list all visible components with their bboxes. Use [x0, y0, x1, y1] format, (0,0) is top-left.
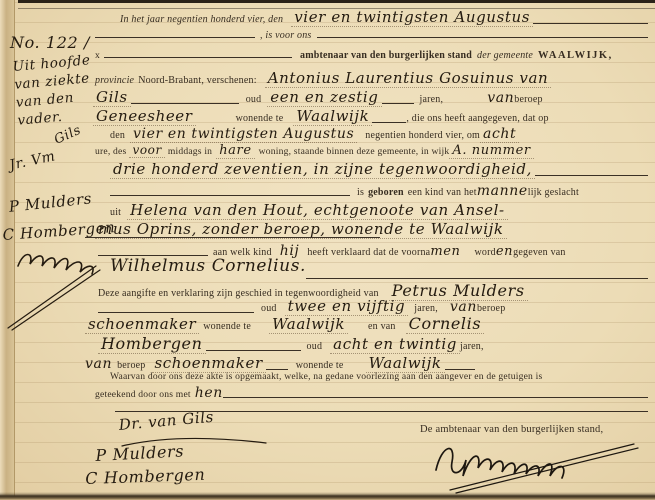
blank-rule: [95, 37, 255, 38]
printed-den: den: [110, 130, 125, 141]
printed-gender-suffix: lijk geslacht: [528, 187, 579, 198]
line-birth-place: ure, des voor middags in hare woning, st…: [95, 143, 648, 159]
line-witness2-age: Hombergen oud acht en twintig jaren,: [98, 334, 648, 354]
entry-am-pm: voor: [129, 143, 164, 158]
blank-rule: [131, 103, 239, 104]
printed-uit: uit: [110, 207, 121, 218]
margin-paraph-small: Jr. Vm: [8, 148, 57, 173]
margin-note-text-4: vader.: [17, 109, 63, 129]
printed-of-municipality: der gemeente: [477, 50, 533, 61]
record-number-text: No. 122 /: [10, 33, 90, 52]
line-child-name: Wilhelmus Cornelius.: [110, 256, 648, 282]
record-number: No. 122 /: [10, 33, 90, 52]
printed-wonende-te-2: wonende te: [203, 321, 251, 332]
blank-rule: [98, 312, 254, 313]
margin-paraph-gils: Gils: [52, 123, 83, 148]
printed-oud: oud: [246, 94, 262, 105]
blank-rule: [533, 23, 648, 24]
line-witness1-profession: schoenmaker wonende te Waalwijk en van C…: [85, 314, 648, 334]
blank-rule: [306, 278, 648, 279]
entry-witness2-firstname: Cornelis: [406, 314, 485, 334]
blank-rule: [372, 122, 406, 123]
entry-act-date: vier en twintigsten Augustus: [291, 8, 533, 27]
margin-paraph-gils-text: Gils: [52, 123, 83, 148]
entry-witness1-residence: Waalwijk: [269, 315, 348, 334]
printed-declared-that: , die ons heeft aangegeven, dat op: [406, 113, 548, 124]
printed-oud-3: oud: [307, 341, 323, 352]
signature-witness1-text: P Mulders: [95, 441, 185, 465]
printed-house-within: woning, staande binnen deze gemeente, in…: [259, 146, 450, 157]
printed-closing-statement: Waarvan door ons deze akte is opgemaakt,…: [110, 371, 542, 382]
entry-declarant-age: een en zestig: [267, 88, 381, 107]
margin-paraph-small-text: Jr. Vm: [8, 148, 57, 173]
entry-van-3: van: [85, 356, 112, 372]
entry-declarant-name: Antonius Laurentius Gosuinus van: [265, 69, 552, 88]
blank-rule: [223, 397, 648, 398]
entry-house-number-presence: drie honderd zeventien, in zijne tegenwo…: [110, 160, 535, 179]
printed-province-label: provincie: [95, 75, 134, 86]
entry-whose-house: hare: [216, 143, 254, 159]
line-birth-date: den vier en twintigsten Augustus negenti…: [110, 126, 648, 143]
entry-birth-hour: acht: [480, 126, 519, 143]
blank-rule: [104, 57, 292, 58]
printed-middags-in: middags in: [168, 146, 212, 157]
printed-oud-2: oud: [261, 303, 277, 314]
line-registrar: x ambtenaar van den burgerlijken stand d…: [95, 50, 648, 61]
printed-year-om: negentien honderd vier, om: [365, 130, 480, 141]
entry-van-2: van: [450, 299, 477, 315]
margin-signature-mulders: P Mulders: [8, 189, 93, 216]
line-born-gender: is geboren een kind van het manne lijk g…: [110, 183, 648, 199]
line-year: In het jaar negentien honderd vier, den …: [120, 8, 648, 27]
blank-rule: [317, 37, 649, 38]
entry-declarant-surname: Gils: [93, 88, 131, 107]
signature-witness1: P Mulders: [95, 441, 185, 465]
line-declarant-profession: Geneesheer wonende te Waalwijk , die ons…: [93, 107, 648, 126]
entry-witness2-age: acht en twintig: [330, 335, 460, 354]
printed-beroep-2: beroep: [477, 303, 505, 314]
printed-year-phrase: In het jaar negentien honderd vier, den: [120, 14, 283, 25]
footnote-mark: x: [95, 50, 100, 61]
municipality-name: WAALWIJK,: [538, 50, 613, 61]
blank-rule: [85, 237, 380, 238]
line-closing-1: Waarvan door ons deze akte is opgemaakt,…: [110, 371, 648, 382]
printed-child-of: een kind van het: [408, 187, 477, 198]
line-mother: uit Helena van den Hout, echtgenoote van…: [110, 201, 648, 220]
line-house-number: drie honderd zeventien, in zijne tegenwo…: [110, 160, 648, 179]
entry-declarant-residence: Waalwijk: [293, 107, 372, 126]
birth-record-page: No. 122 / Uit hoofde van ziekte van den …: [0, 0, 655, 500]
printed-jaren: jaren,: [420, 94, 444, 105]
printed-geboren: geboren: [368, 187, 404, 198]
signature-witness2-text: C Hombergen: [85, 465, 206, 488]
printed-jaren-3: jaren,: [460, 341, 484, 352]
blank-rule: [206, 350, 301, 351]
entry-mother-name: Helena van den Hout, echtgenoote van Ans…: [127, 201, 508, 220]
printed-signed-by-us: geteekend door ons met: [95, 389, 191, 400]
entry-birth-date: vier en twintigsten Augustus: [130, 126, 357, 143]
printed-en-van: en van: [368, 321, 396, 332]
entry-witness1-profession: schoenmaker: [85, 315, 199, 334]
printed-wonende-te-3: wonende te: [296, 360, 344, 371]
line-before-us: , is voor ons: [95, 30, 648, 41]
margin-signature-mulders-text: P Mulders: [8, 189, 93, 216]
line-closing-2: geteekend door ons met hen: [95, 385, 648, 401]
entry-witness2-surname: Hombergen: [98, 334, 206, 354]
signature-witness2: C Hombergen: [85, 465, 206, 488]
margin-note: Uit hoofde van ziekte van den vader.: [12, 51, 96, 130]
line-province-declarant: provincie Noord-Brabant, verschenen: Ant…: [95, 69, 648, 88]
entry-van: van: [487, 90, 514, 106]
printed-beroep-3: beroep: [117, 360, 145, 371]
blank-rule: [110, 195, 350, 196]
official-signature-flourish: [428, 432, 646, 496]
entry-child-name: Wilhelmus Cornelius.: [110, 256, 306, 276]
entry-gender: manne: [477, 183, 528, 199]
printed-jaren-2: jaren,: [414, 303, 438, 314]
blank-rule: [535, 175, 648, 176]
line-declarant-age: Gils oud een en zestig jaren, van beroep: [93, 88, 648, 107]
blank-rule: [445, 369, 475, 370]
blank-rule: [382, 103, 414, 104]
printed-beroep: beroep: [514, 94, 542, 105]
blank-rule: [266, 369, 288, 370]
entry-declarant-profession: Geneesheer: [93, 107, 196, 126]
printed-registrar: ambtenaar van den burgerlijken stand: [300, 50, 472, 61]
entry-hen: hen: [195, 385, 223, 401]
entry-district: A. nummer: [449, 143, 533, 159]
printed-wonende-te: wonende te: [236, 113, 284, 124]
printed-is: is: [357, 187, 364, 198]
printed-ure-des: ure, des: [95, 146, 126, 157]
printed-province-appeared: Noord-Brabant, verschenen:: [138, 75, 257, 86]
printed-before-us: , is voor ons: [260, 30, 312, 41]
